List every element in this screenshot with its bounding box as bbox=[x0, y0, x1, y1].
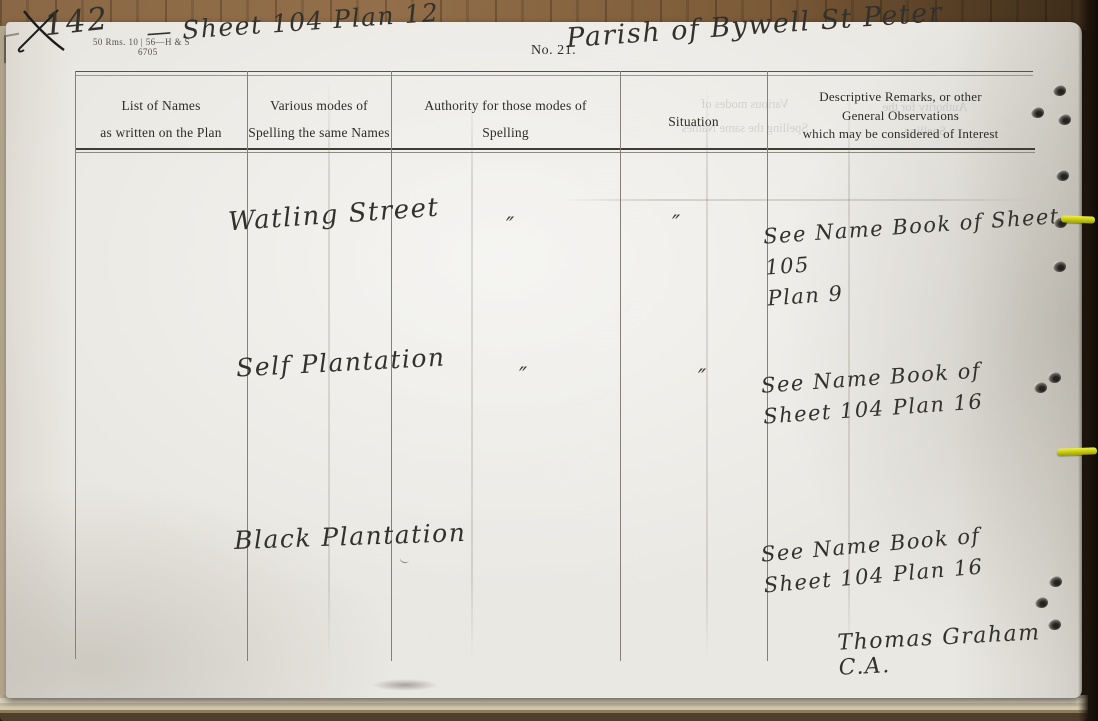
page-number: No. 21. bbox=[531, 43, 576, 59]
scanned-name-book-page: 142 50 Rms. 10 | 56—H & S 6705 — Sheet 1… bbox=[0, 0, 1098, 721]
bleedthrough-text-1: Various modes of Spelling the same Names bbox=[660, 92, 830, 140]
column-rule-3 bbox=[620, 71, 621, 661]
binding-hole bbox=[1056, 170, 1069, 181]
bleedthrough-text-2: Authority for the Spelling bbox=[850, 95, 1000, 143]
binding-hole bbox=[1034, 382, 1047, 393]
authority-ditto-mark: ″ bbox=[519, 364, 529, 389]
column-rule-left bbox=[75, 71, 76, 659]
paper-crease bbox=[328, 80, 330, 660]
paper-crease bbox=[706, 85, 708, 660]
table-top-rule bbox=[75, 71, 1033, 72]
header-bottom-rule-echo bbox=[75, 152, 1035, 153]
paper-crease bbox=[848, 85, 850, 660]
binding-hole bbox=[1035, 597, 1048, 608]
binding-hole bbox=[1031, 107, 1044, 118]
binding-hole bbox=[1048, 619, 1061, 630]
binding-hole bbox=[1058, 114, 1071, 125]
table-top-rule-echo bbox=[75, 75, 1033, 76]
column-header-names: List of Names as written on the Plan bbox=[75, 92, 247, 146]
binding-thread bbox=[1061, 215, 1095, 223]
binding-hole bbox=[1049, 576, 1062, 587]
situation-ditto-mark: ″ bbox=[672, 212, 682, 237]
ink-smudge bbox=[372, 679, 438, 691]
binding-hole bbox=[1048, 372, 1061, 383]
column-header-authority: Authority for those modes of Spelling bbox=[391, 92, 620, 146]
desk-wood-right bbox=[1078, 0, 1098, 721]
binding-hole bbox=[1053, 85, 1066, 96]
authority-ditto-mark: ″ bbox=[506, 214, 516, 239]
paper-crease bbox=[560, 199, 1030, 201]
stamp-text-line2: 6705 bbox=[138, 47, 158, 57]
paper-crease bbox=[471, 90, 473, 660]
binding-hole bbox=[1053, 261, 1066, 272]
page-stack-bottom-edge bbox=[0, 695, 1088, 721]
binding-thread bbox=[1057, 447, 1097, 455]
header-bottom-rule bbox=[75, 148, 1035, 150]
column-header-spelling: Various modes of Spelling the same Names bbox=[247, 92, 391, 146]
